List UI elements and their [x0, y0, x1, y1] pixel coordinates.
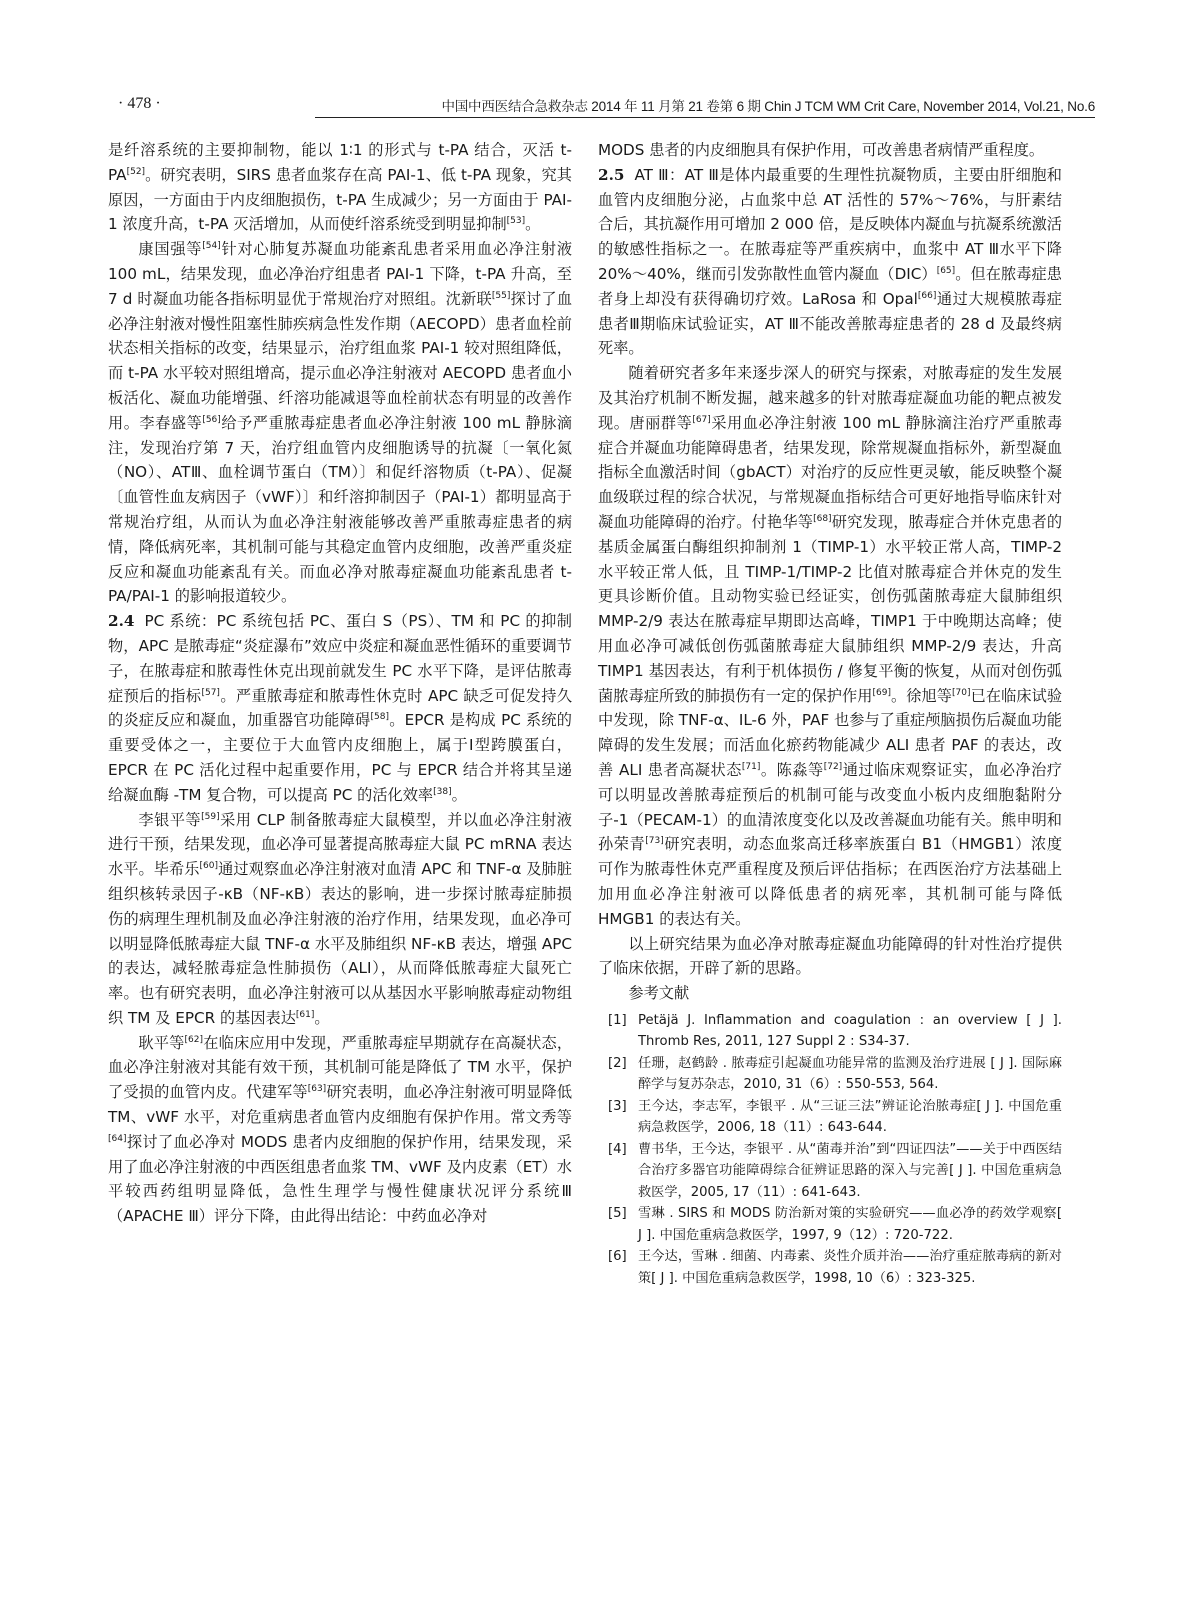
citation: [67]: [692, 415, 710, 425]
page-header: · 478 · 中国中西医结合急救杂志 2014 年 11 月第 21 卷第 6…: [110, 95, 1095, 119]
citation: [72]: [824, 762, 842, 772]
section-number: 2.5: [598, 166, 624, 184]
section-2-5: 2.5AT Ⅲ：AT Ⅲ是体内最重要的生理性抗凝物质，主要由肝细胞和血管内皮细胞…: [598, 163, 1062, 361]
references-title: 参考文献: [598, 981, 1062, 1006]
paragraph: 随着研究者多年来逐步深人的研究与探索，对脓毒症的发生发展及其治疗机制不断发掘，越…: [598, 361, 1062, 931]
right-column: MODS 患者的内皮细胞具有保护作用，可改善患者病情严重程度。 2.5AT Ⅲ：…: [598, 138, 1062, 1289]
citation: [64]: [108, 1134, 126, 1144]
citation: [52]: [127, 167, 145, 177]
citation: [70]: [952, 688, 970, 698]
paragraph: 以上研究结果为血必净对脓毒症凝血功能障碍的针对性治疗提供了临床依据，开辟了新的思…: [598, 932, 1062, 982]
paragraph: 耿平等[62]在临床应用中发现，严重脓毒症早期就存在高凝状态，血必净注射液对其能…: [108, 1031, 572, 1229]
citation: [65]: [937, 266, 955, 276]
reference-item: [5]雪琳 . SIRS 和 MODS 防治新对策的实验研究——血必净的药效学观…: [598, 1203, 1062, 1246]
citation: [54]: [202, 241, 220, 251]
citation: [56]: [202, 415, 220, 425]
paragraph: MODS 患者的内皮细胞具有保护作用，可改善患者病情严重程度。: [598, 138, 1062, 163]
citation: [57]: [201, 688, 219, 698]
citation: [66]: [918, 291, 936, 301]
citation: [71]: [742, 762, 760, 772]
citation: [60]: [200, 861, 218, 871]
paragraph: 康国强等[54]针对心肺复苏凝血功能紊乱患者采用血必净注射液 100 mL，结果…: [108, 237, 572, 609]
journal-citation-line: 中国中西医结合急救杂志 2014 年 11 月第 21 卷第 6 期 Chin …: [315, 95, 1095, 118]
section-2-4: 2.4PC 系统：PC 系统包括 PC、蛋白 S（PS）、TM 和 PC 的抑制…: [108, 609, 572, 807]
references-list: [1]Petäjä J. Inflammation and coagulatio…: [598, 1010, 1062, 1290]
reference-item: [2]任珊，赵鹤龄 . 脓毒症引起凝血功能异常的监测及治疗进展 [ J ]. 国…: [598, 1053, 1062, 1096]
reference-item: [1]Petäjä J. Inflammation and coagulatio…: [598, 1010, 1062, 1053]
citation: [62]: [185, 1035, 203, 1045]
citation: [69]: [872, 688, 890, 698]
reference-item: [4]曹书华，王今达，李银平 . 从“菌毒并治”到“四证四法”——关于中西医结合…: [598, 1139, 1062, 1204]
left-column: 是纤溶系统的主要抑制物，能以 1∶1 的形式与 t-PA 结合，灭活 t-PA[…: [108, 138, 572, 1229]
citation: [73]: [645, 836, 663, 846]
page-number: · 478 ·: [118, 95, 161, 113]
citation: [63]: [308, 1084, 326, 1094]
paragraph: 李银平等[59]采用 CLP 制备脓毒症大鼠模型，并以血必净注射液进行干预，结果…: [108, 808, 572, 1031]
reference-item: [3]王今达，李志军，李银平 . 从“三证三法”辨证论治脓毒症[ J ]. 中国…: [598, 1096, 1062, 1139]
citation: [58]: [371, 712, 389, 722]
paragraph: 是纤溶系统的主要抑制物，能以 1∶1 的形式与 t-PA 结合，灭活 t-PA[…: [108, 138, 572, 237]
citation: [38]: [433, 787, 451, 797]
citation: [53]: [507, 216, 525, 226]
citation: [68]: [813, 514, 831, 524]
citation: [59]: [201, 812, 219, 822]
citation: [61]: [296, 1010, 314, 1020]
reference-item: [6]王今达，雪琳 . 细菌、内毒素、炎性介质并治——治疗重症脓毒病的新对策[ …: [598, 1246, 1062, 1289]
section-number: 2.4: [108, 612, 134, 630]
citation: [55]: [492, 291, 510, 301]
